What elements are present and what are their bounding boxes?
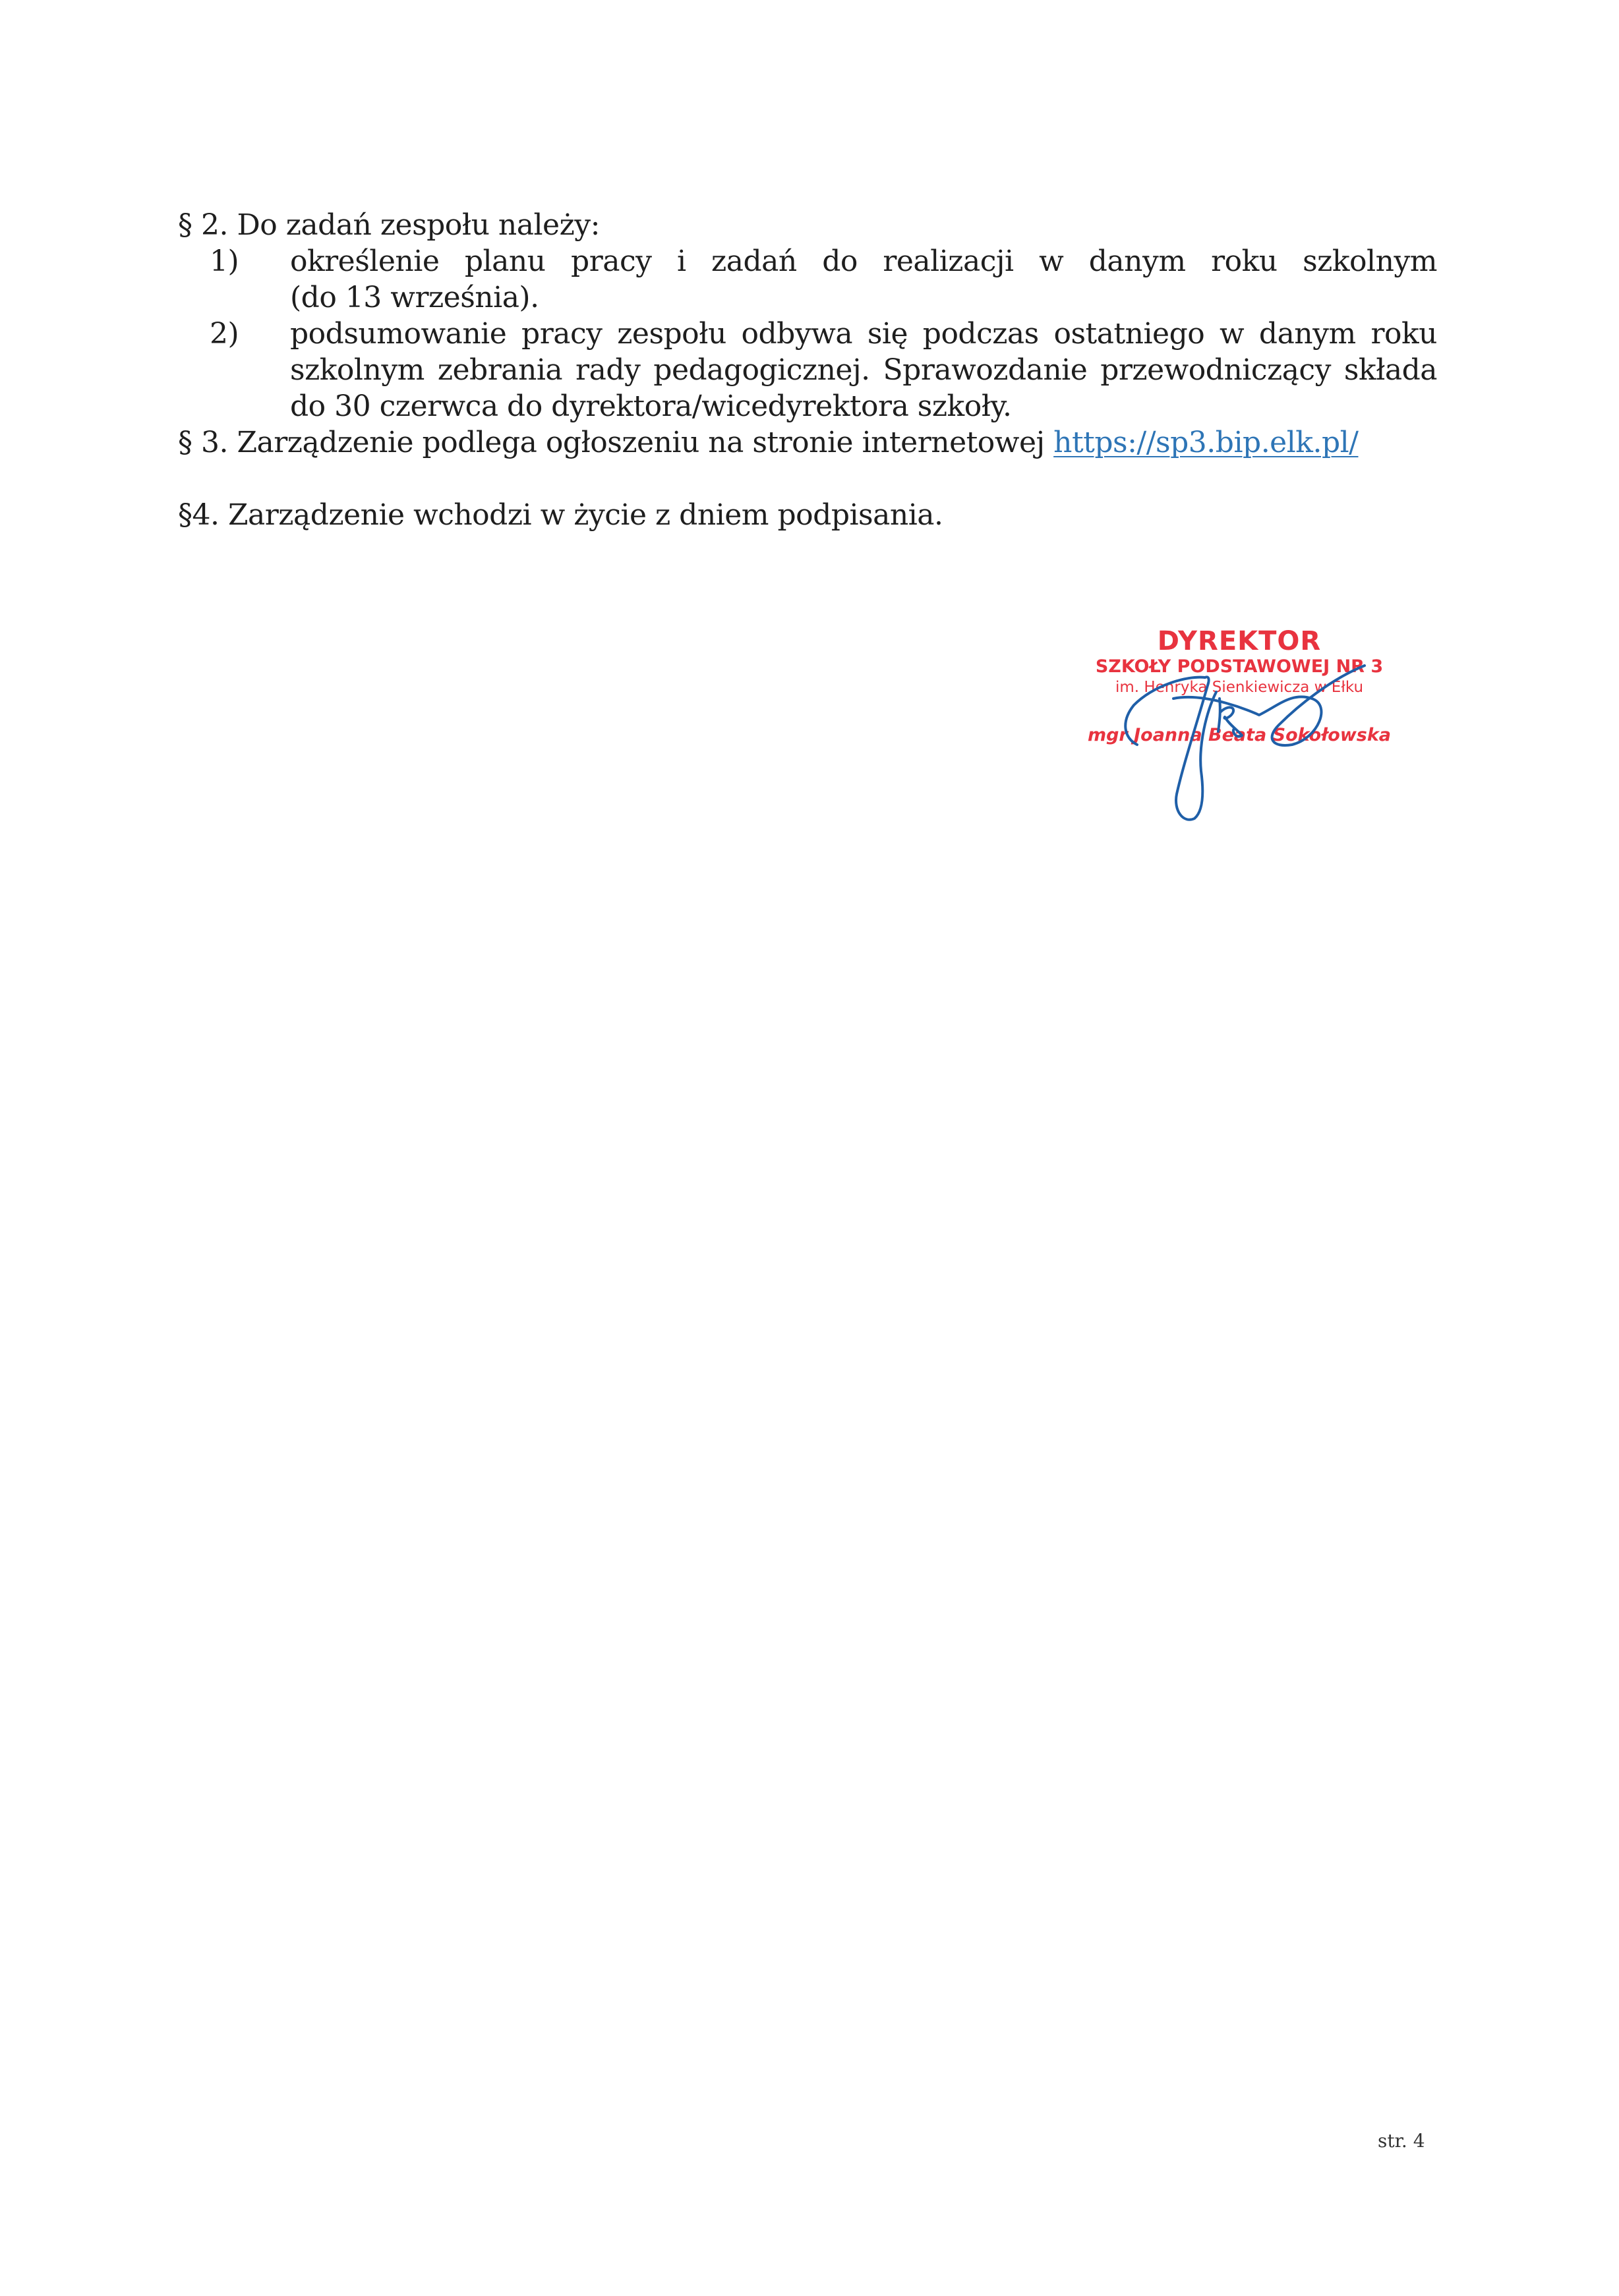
section-2-heading: § 2. Do zadań zespołu należy:	[178, 207, 600, 243]
section-3-text: § 3. Zarządzenie podlega ogłoszeniu na s…	[178, 426, 1045, 459]
list-item-2-line-1: podsumowanie pracy zespołu odbywa się po…	[290, 316, 1437, 352]
handwritten-signature-icon	[1055, 613, 1424, 837]
list-item-2-line-3: do 30 czerwca do dyrektora/wicedyrektora…	[290, 388, 1437, 424]
page-number: str. 4	[1378, 2130, 1425, 2152]
document-page: § 2. Do zadań zespołu należy: 1) określe…	[0, 0, 1619, 2296]
bip-link[interactable]: https://sp3.bip.elk.pl/	[1053, 426, 1358, 459]
list-item-1-line-1: określenie planu pracy i zadań do realiz…	[290, 243, 1437, 279]
list-item-1-line-2: (do 13 września).	[290, 279, 1437, 316]
list-item-1-number: 1)	[210, 243, 239, 279]
section-3: § 3. Zarządzenie podlega ogłoszeniu na s…	[178, 424, 1359, 461]
list-item-2-line-2: szkolnym zebrania rady pedagogicznej. Sp…	[290, 352, 1437, 388]
list-item-2-number: 2)	[210, 316, 239, 352]
section-4: §4. Zarządzenie wchodzi w życie z dniem …	[178, 497, 943, 533]
director-stamp: DYREKTOR SZKOŁY PODSTAWOWEJ NR 3 im. Hen…	[1055, 613, 1424, 837]
